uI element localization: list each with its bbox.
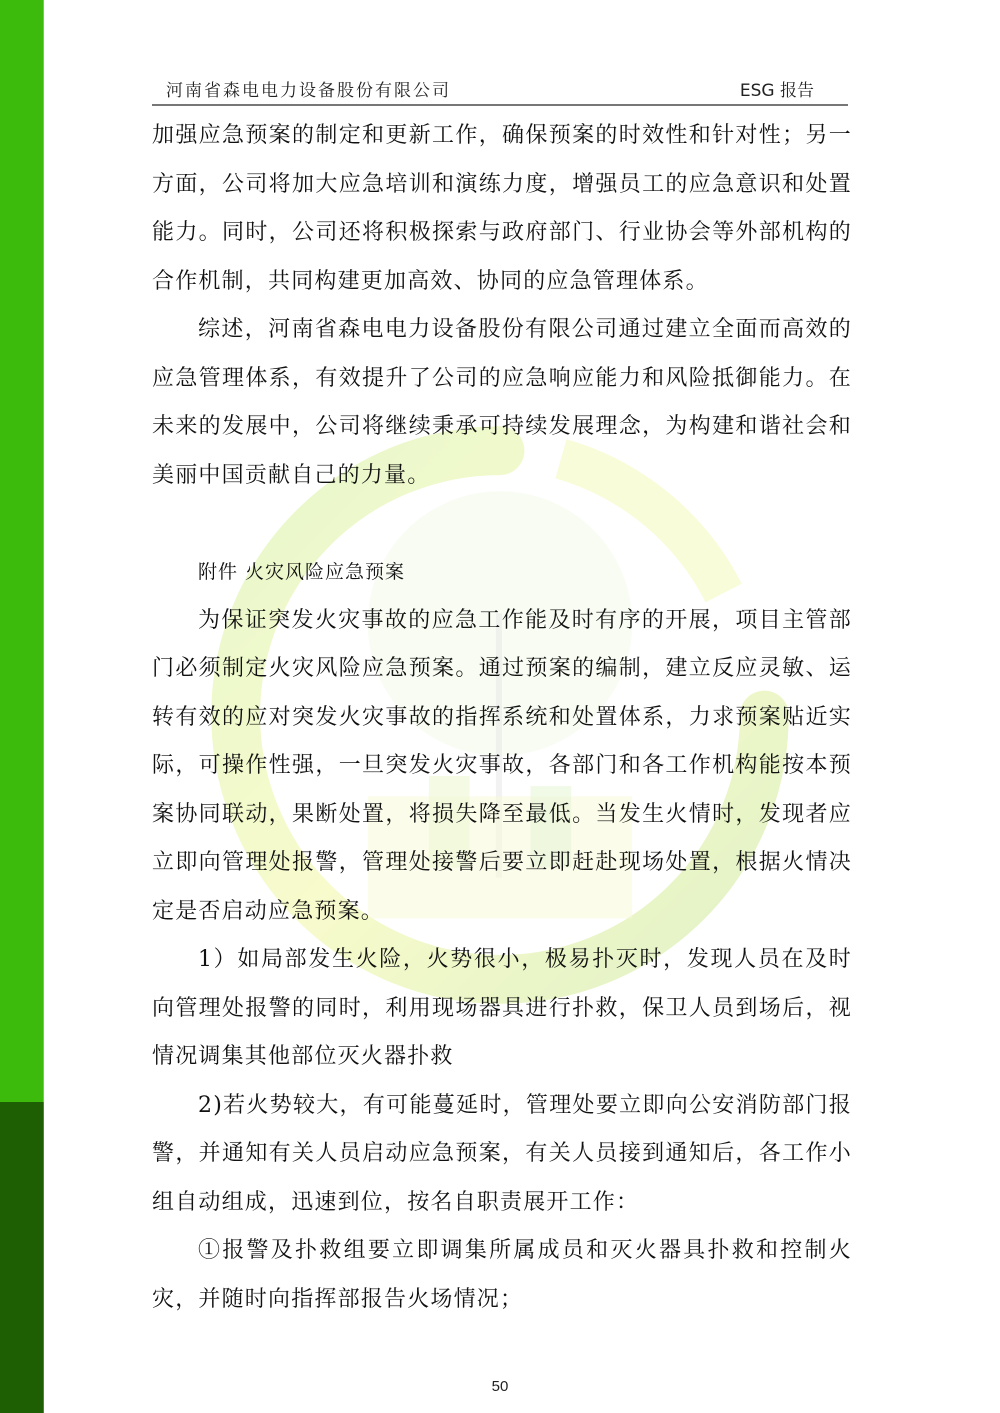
- paragraph-subitem-1: ①报警及扑救组要立即调集所属成员和灭火器具扑救和控制火灾，并随时向指挥部报告火场…: [152, 1227, 852, 1324]
- document-body: 加强应急预案的制定和更新工作，确保预案的时效性和针对性；另一方面，公司将加大应急…: [152, 112, 852, 1324]
- paragraph-summary: 综述，河南省森电电力设备股份有限公司通过建立全面而高效的应急管理体系，有效提升了…: [152, 306, 852, 500]
- paragraph-item-2: 2)若火势较大，有可能蔓延时，管理处要立即向公安消防部门报警，并通知有关人员启动…: [152, 1082, 852, 1228]
- paragraph-emergency-plan-continued: 加强应急预案的制定和更新工作，确保预案的时效性和针对性；另一方面，公司将加大应急…: [152, 112, 852, 306]
- paragraph-item-1: 1）如局部发生火险，火势很小，极易扑灭时，发现人员在及时向管理处报警的同时，利用…: [152, 936, 852, 1082]
- annex-title: 附件 火灾风险应急预案: [152, 548, 852, 597]
- sidebar-accent-bottom: [0, 1102, 44, 1413]
- page-header: 河南省森电电力设备股份有限公司 ESG 报告: [152, 74, 848, 106]
- page-number: 50: [0, 1378, 1000, 1395]
- header-report-title: ESG 报告: [740, 76, 814, 101]
- spacer: [152, 500, 852, 548]
- sidebar-accent-top: [0, 0, 44, 1102]
- paragraph-fire-plan-intro: 为保证突发火灾事故的应急工作能及时有序的开展，项目主管部门必须制定火灾风险应急预…: [152, 597, 852, 937]
- header-company-name: 河南省森电电力设备股份有限公司: [166, 76, 451, 101]
